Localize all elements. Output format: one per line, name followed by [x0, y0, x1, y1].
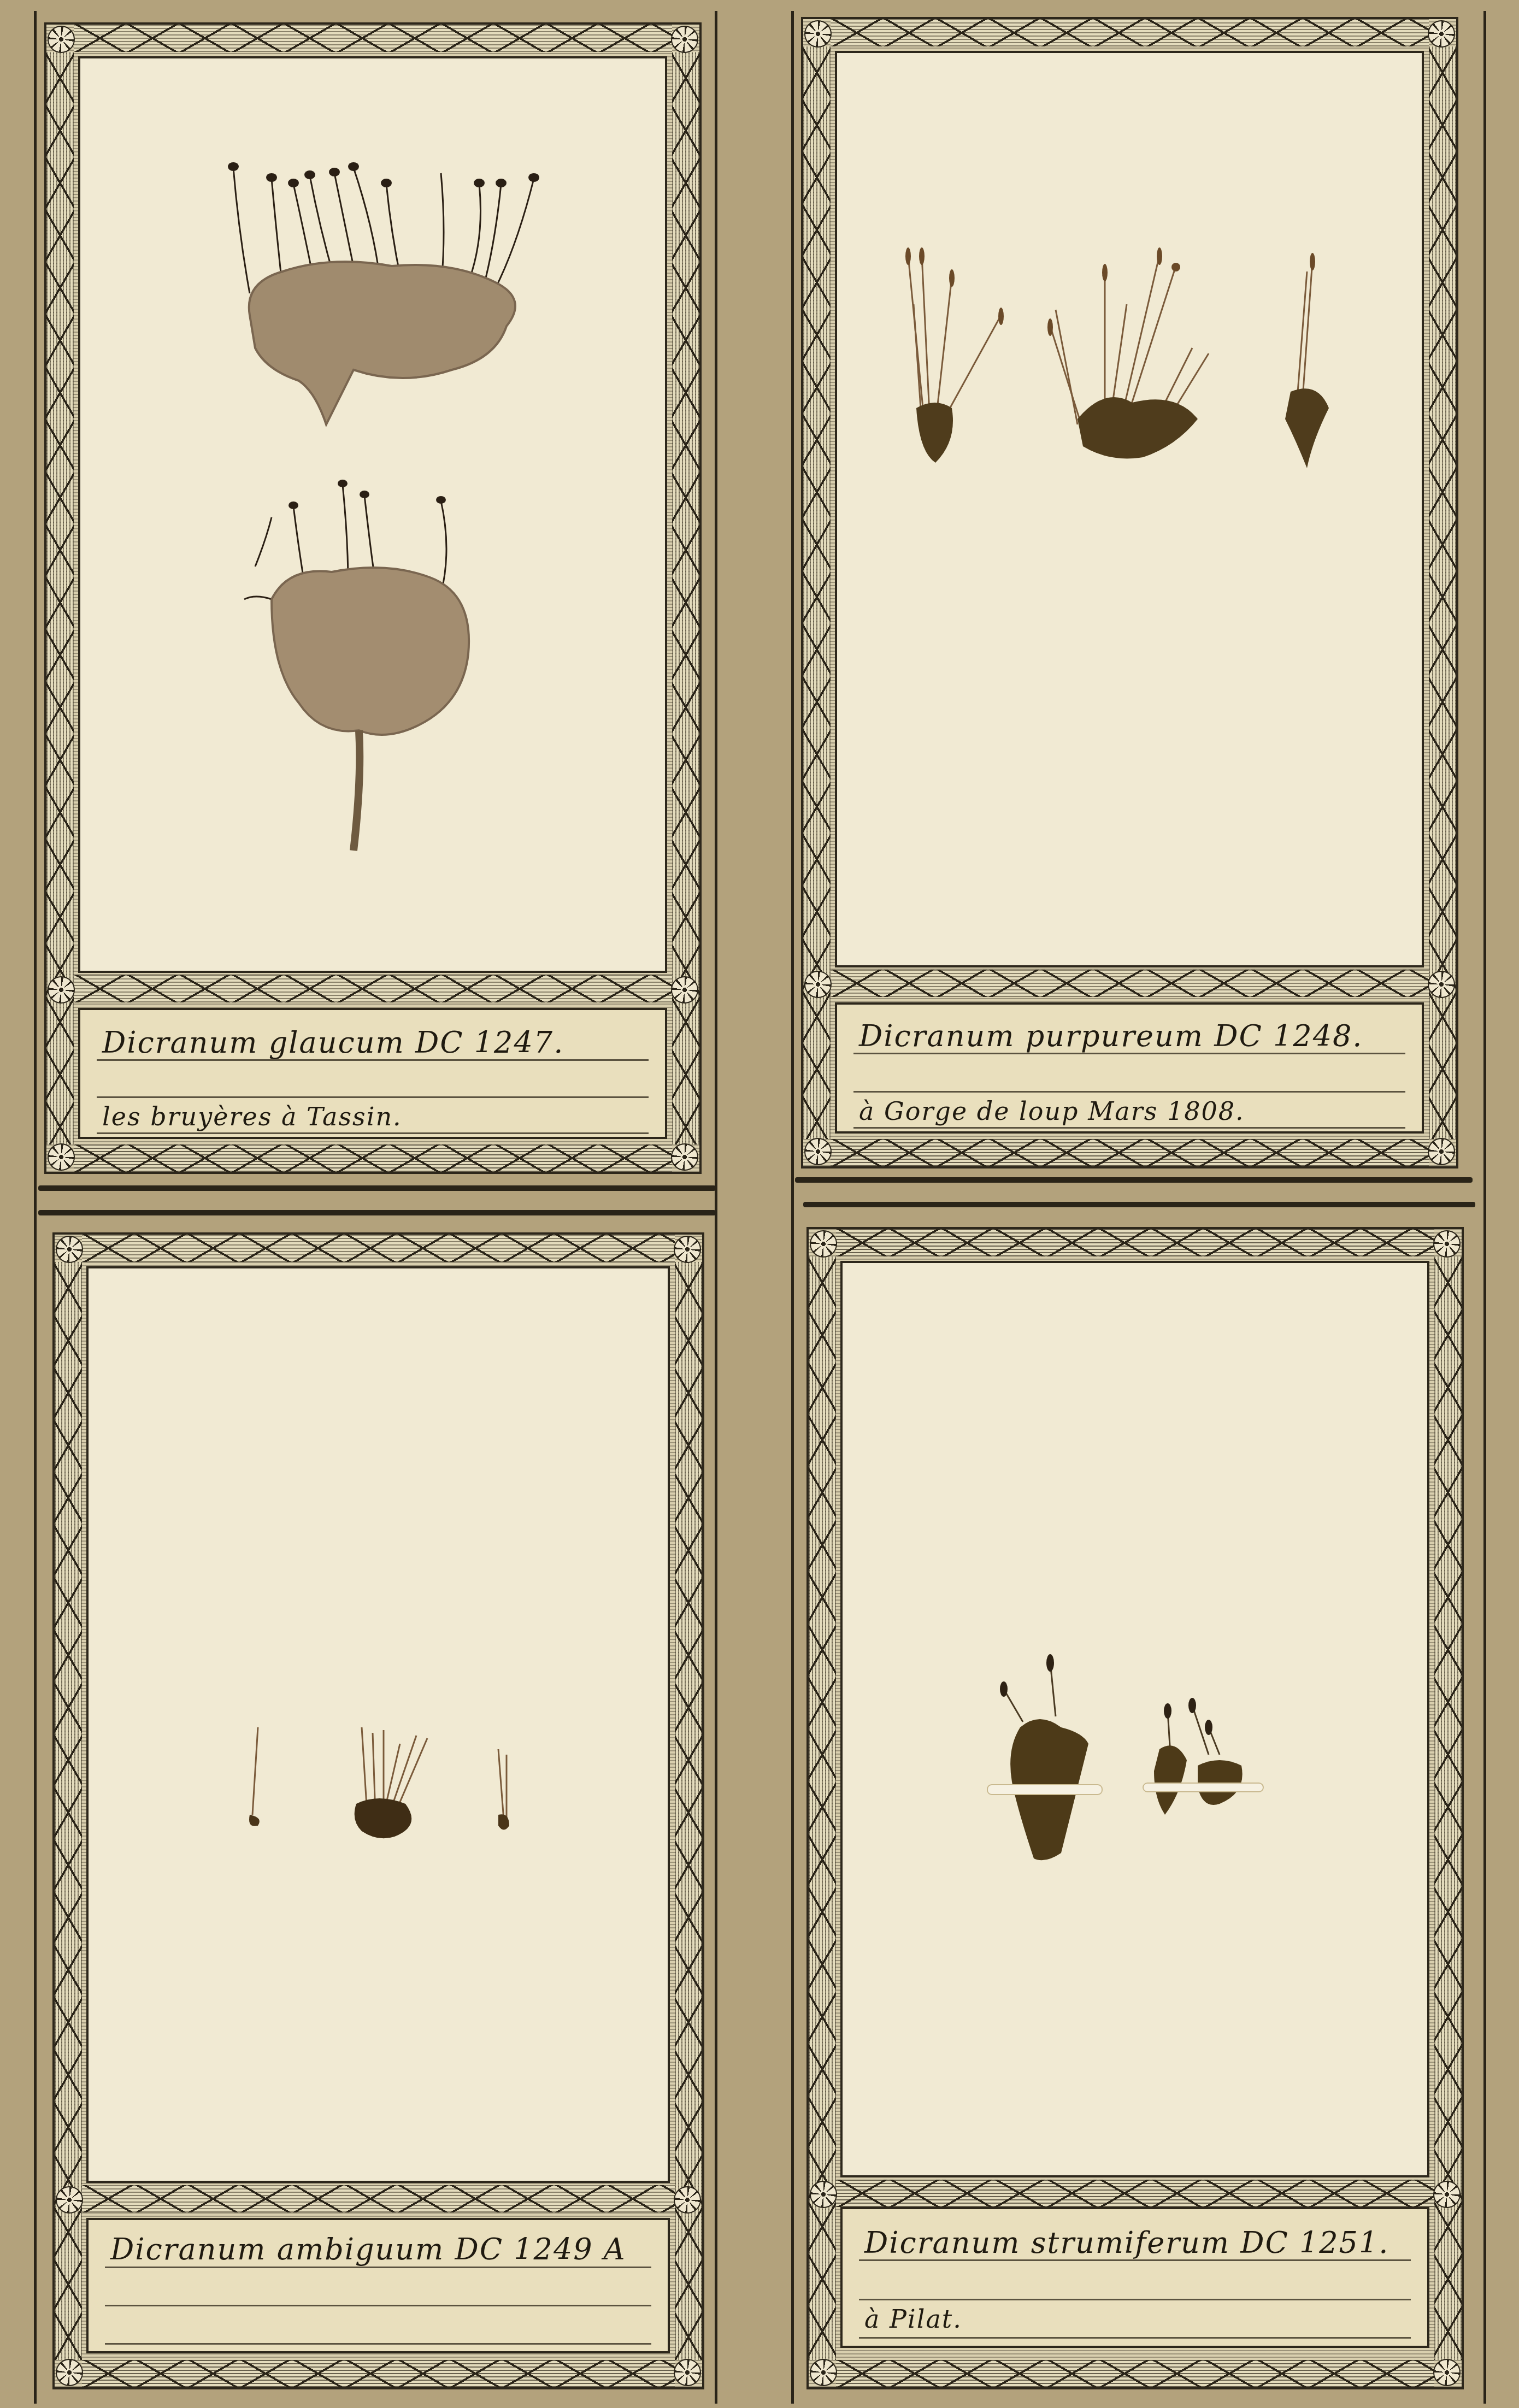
corner-rosette-icon — [1428, 971, 1455, 998]
moss-specimen-icon — [220, 1722, 558, 1864]
label-rule — [105, 2305, 651, 2306]
vertical-rule-right — [1483, 11, 1486, 2404]
specimen-mount-area — [86, 1266, 670, 2183]
border-pattern-middle — [836, 2180, 1434, 2207]
corner-rosette-icon — [810, 1230, 837, 1258]
moss-specimen-icon — [211, 151, 550, 435]
specimen-sheet-bottom-left: Dicranum ambiguum DC 1249 A — [55, 1235, 702, 2387]
label-rule — [97, 1132, 649, 1134]
border-pattern-top — [74, 25, 672, 52]
paper-strap — [987, 1785, 1102, 1795]
moss-specimen-icon — [222, 474, 507, 856]
divider-line-top-left — [38, 1185, 716, 1191]
vertical-rule-center-right — [791, 11, 794, 2404]
specimen-mount-area — [78, 56, 667, 973]
vertical-rule-center-left — [715, 11, 717, 2404]
border-pattern-bottom — [836, 2360, 1434, 2387]
specimen-sheet-bottom-right: Dicranum strumiferum DC 1251. à Pilat. — [809, 1229, 1462, 2387]
label-rule — [105, 2267, 651, 2268]
vertical-rule-left — [34, 11, 37, 2404]
label-rule — [97, 1096, 649, 1098]
label-rule — [853, 1127, 1405, 1129]
corner-rosette-icon — [804, 971, 832, 998]
border-pattern-bottom — [82, 2360, 675, 2387]
species-name: Dicranum purpureum DC 1248. — [859, 1019, 1363, 1053]
corner-rosette-icon — [671, 1143, 698, 1171]
specimen-sheet-top-left: Dicranum glaucum DC 1247. les bruyères à… — [46, 25, 699, 1172]
border-pattern-top — [836, 1229, 1434, 1256]
corner-rosette-icon — [671, 976, 698, 1004]
border-pattern-top — [82, 1235, 675, 1262]
divider-line-bottom-right — [803, 1202, 1475, 1207]
species-name: Dicranum glaucum DC 1247. — [102, 1025, 564, 1060]
corner-rosette-icon — [804, 1138, 832, 1165]
corner-rosette-icon — [810, 2181, 837, 2208]
corner-rosette-icon — [48, 976, 75, 1004]
specimen-label: Dicranum glaucum DC 1247. les bruyères à… — [78, 1008, 667, 1139]
paper-strap — [1143, 1783, 1263, 1792]
collection-locality: à Pilat. — [864, 2304, 962, 2334]
corner-rosette-icon — [804, 20, 832, 48]
species-name: Dicranum strumiferum DC 1251. — [864, 2226, 1390, 2260]
label-rule — [853, 1091, 1405, 1093]
species-name: Dicranum ambiguum DC 1249 A — [110, 2232, 626, 2267]
corner-rosette-icon — [810, 2359, 837, 2386]
divider-line-bottom-left — [38, 1210, 716, 1215]
specimen-sheet-top-right: Dicranum purpureum DC 1248. à Gorge de l… — [803, 19, 1456, 1166]
corner-rosette-icon — [56, 2359, 83, 2386]
corner-rosette-icon — [48, 1143, 75, 1171]
border-pattern-middle — [82, 2185, 675, 2212]
border-pattern-bottom — [74, 1144, 672, 1172]
specimen-mount-area — [835, 51, 1424, 967]
label-rule — [105, 2343, 651, 2345]
specimen-label: Dicranum purpureum DC 1248. à Gorge de l… — [835, 1002, 1424, 1134]
collection-locality: les bruyères à Tassin. — [102, 1102, 402, 1131]
corner-rosette-icon — [1428, 1138, 1455, 1165]
corner-rosette-icon — [1433, 2181, 1461, 2208]
corner-rosette-icon — [674, 2186, 701, 2214]
divider-line-top-right — [795, 1177, 1473, 1183]
corner-rosette-icon — [671, 26, 698, 53]
corner-rosette-icon — [1433, 1230, 1461, 1258]
corner-rosette-icon — [674, 1236, 701, 1263]
corner-rosette-icon — [674, 2359, 701, 2386]
corner-rosette-icon — [1433, 2359, 1461, 2386]
border-pattern-middle — [831, 970, 1429, 997]
moss-specimen-icon — [870, 244, 1373, 474]
corner-rosette-icon — [1428, 20, 1455, 48]
moss-specimen-icon — [979, 1645, 1318, 1875]
collection-locality: à Gorge de loup Mars 1808. — [859, 1096, 1245, 1126]
specimen-mount-area — [840, 1261, 1429, 2177]
border-pattern-middle — [74, 975, 672, 1002]
specimen-label: Dicranum strumiferum DC 1251. à Pilat. — [840, 2207, 1429, 2348]
border-pattern-top — [831, 19, 1429, 46]
label-rule — [859, 2337, 1411, 2339]
corner-rosette-icon — [56, 1236, 83, 1263]
specimen-label: Dicranum ambiguum DC 1249 A — [86, 2218, 670, 2353]
corner-rosette-icon — [48, 26, 75, 53]
border-pattern-bottom — [831, 1139, 1429, 1166]
corner-rosette-icon — [56, 2186, 83, 2214]
label-rule — [859, 2299, 1411, 2300]
